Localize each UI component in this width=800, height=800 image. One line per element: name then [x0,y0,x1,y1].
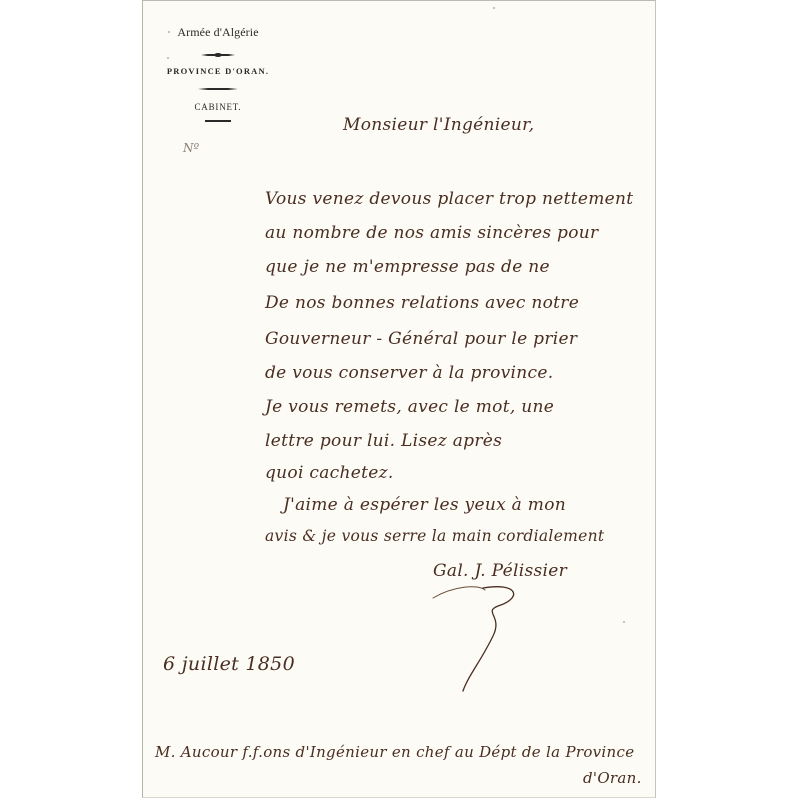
paper-speck [168,31,170,33]
body-line: Vous venez devous placer trop nettement [265,189,645,209]
paper-speck [167,57,169,59]
body-line: que je ne m'empresse pas de ne [265,257,645,277]
recipient-address-line-2: d'Oran. [583,769,642,787]
letterhead-province: PROVINCE D'ORAN. [163,66,273,76]
body-line: au nombre de nos amis sincères pour [265,223,645,243]
body-line: de vous conserver à la province. [265,363,645,383]
body-line: De nos bonnes relations avec notre [265,293,645,313]
letter-paper: Armée d'Algérie PROVINCE D'ORAN. CABINET… [142,0,656,798]
ornamental-rule [198,88,238,90]
body-line: Gouverneur - Général pour le prier [265,329,645,349]
body-line: quoi cachetez. [265,463,645,483]
salutation: Monsieur l'Ingénieur, [343,115,534,135]
body-line: Je vous remets, avec le mot, une [265,397,645,417]
ornamental-rule [201,54,235,56]
body-line: avis & je vous serre la main cordialemen… [265,527,645,545]
divider [205,120,231,122]
body-line: lettre pour lui. Lisez après [265,431,645,451]
recipient-address-line-1: M. Aucour f.f.ons d'Ingénieur en chef au… [155,743,634,761]
signature-flourish-icon [423,576,543,696]
letterhead-office: CABINET. [163,102,273,112]
paper-speck [623,621,625,623]
letterhead: Armée d'Algérie PROVINCE D'ORAN. CABINET… [163,15,273,122]
letterhead-army: Armée d'Algérie [163,25,273,40]
body-line: J'aime à espérer les yeux à mon [283,495,663,515]
letter-date: 6 juillet 1850 [163,653,295,675]
paper-speck [493,7,495,9]
letterhead-number-label: Nº [183,141,199,155]
